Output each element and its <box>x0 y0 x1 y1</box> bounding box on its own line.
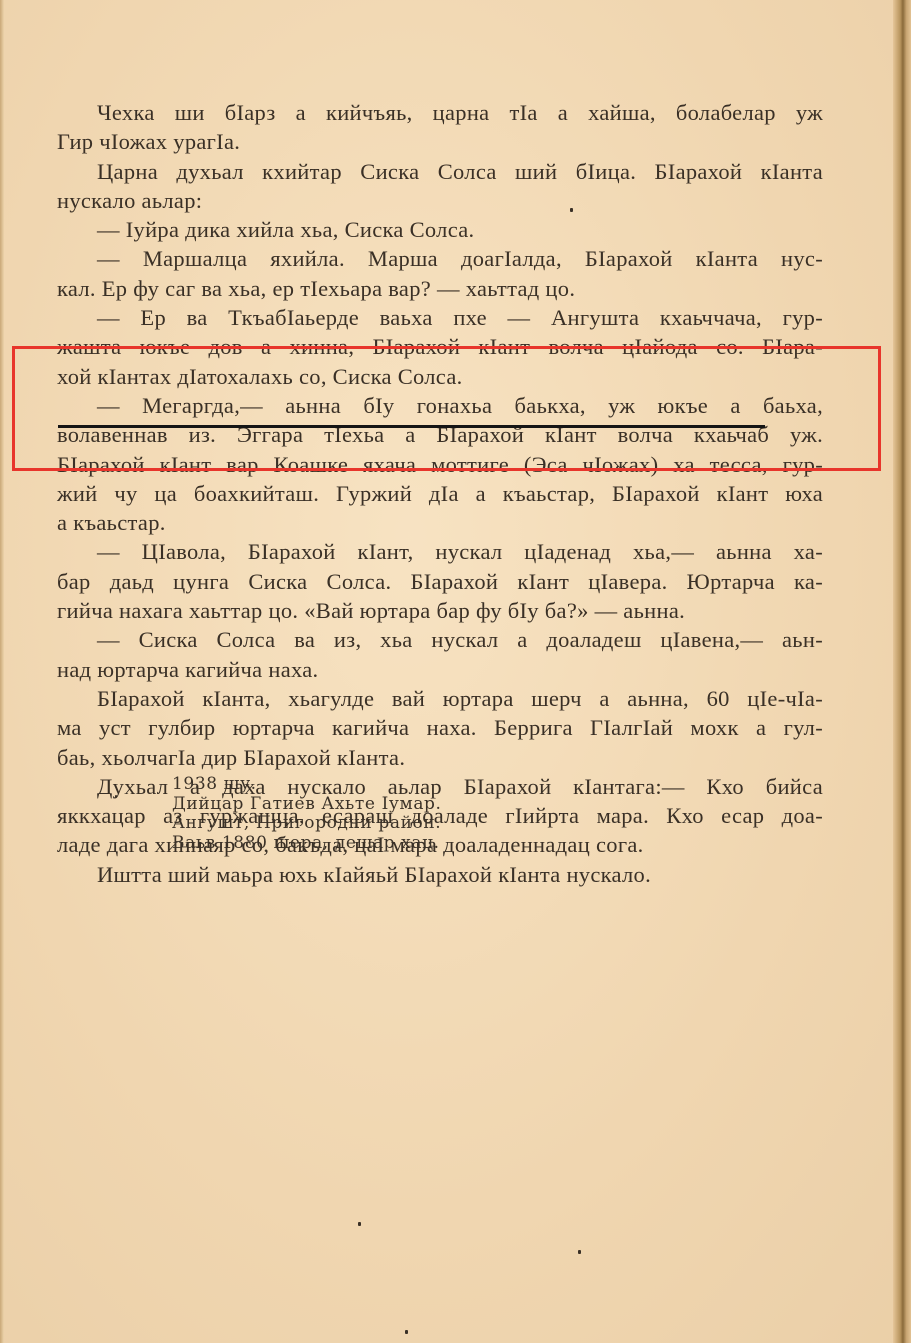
scanned-page: Чехка ши бІарз а кийчъяь, царна тІа а ха… <box>0 0 911 1343</box>
signature-location: Ангушт, Пригородни район. <box>172 814 442 834</box>
paper-speck <box>578 1250 581 1254</box>
signature-block: 1938 шу. Дийцар Гатиев Ахьте Іумар. Ангу… <box>172 775 442 853</box>
paragraph-line: кал. Ер фу саг ва хьа, ер тІехьара вар? … <box>57 274 823 303</box>
paragraph-line: Иштта ший маьра юхь кІайяьй БІарахой кІа… <box>57 860 823 889</box>
paper-speck <box>358 1222 361 1226</box>
paragraph-line: нускало аьлар: <box>57 186 823 215</box>
signature-birth-note: Ваьв 1880 шера, дешар хац. <box>172 834 442 854</box>
paper-speck <box>115 795 117 798</box>
paragraph-line: БІарахой кІанта, хьагулде вай юртара шер… <box>57 684 823 713</box>
paragraph-line: бар даьд цунга Сиска Солса. БІарахой кІа… <box>57 567 823 596</box>
paragraph-line: баь, хьолчагІа дир БІарахой кІанта. <box>57 743 823 772</box>
highlight-annotation-box <box>12 346 881 471</box>
paragraph-line: — Ер ва ТкъабІаьерде ваьха пхе — Ангушта… <box>57 303 823 332</box>
paragraph-line: Гир чІожах урагІа. <box>57 127 823 156</box>
page-left-edge <box>0 0 4 1343</box>
signature-narrator: Дийцар Гатиев Ахьте Іумар. <box>172 795 442 815</box>
body-text: Чехка ши бІарз а кийчъяь, царна тІа а ха… <box>57 98 823 889</box>
paper-speck <box>405 1330 408 1334</box>
underline-annotation <box>58 425 765 428</box>
book-gutter <box>893 0 911 1343</box>
paragraph-line: Чехка ши бІарз а кийчъяь, царна тІа а ха… <box>57 98 823 127</box>
paragraph-line: гийча нахага хаьттар цо. «Вай юртара бар… <box>57 596 823 625</box>
paragraph-line: — ЦІавола, БІарахой кІант, нускал цІаден… <box>57 537 823 566</box>
paragraph-line: — Іуйра дика хийла хьа, Сиска Солса. <box>57 215 823 244</box>
signature-year: 1938 шу. <box>172 775 442 795</box>
paragraph-line: Царна духьал кхийтар Сиска Солса ший бІи… <box>57 157 823 186</box>
paragraph-line: — Сиска Солса ва из, хьа нускал а доалад… <box>57 625 823 654</box>
highlighted-paragraph-line: жий чу ца боахкийташ. Гуржий дІа а къаьс… <box>57 479 823 508</box>
paragraph-line: — Маршалца яхийла. Марша доагІалда, БІар… <box>57 244 823 273</box>
paper-speck <box>570 208 573 212</box>
paragraph-line: над юртарча кагийча наха. <box>57 655 823 684</box>
paragraph-line: ма уст гулбир юртарча кагийча наха. Берр… <box>57 713 823 742</box>
highlighted-paragraph-line: а къаьстар. <box>57 508 823 537</box>
